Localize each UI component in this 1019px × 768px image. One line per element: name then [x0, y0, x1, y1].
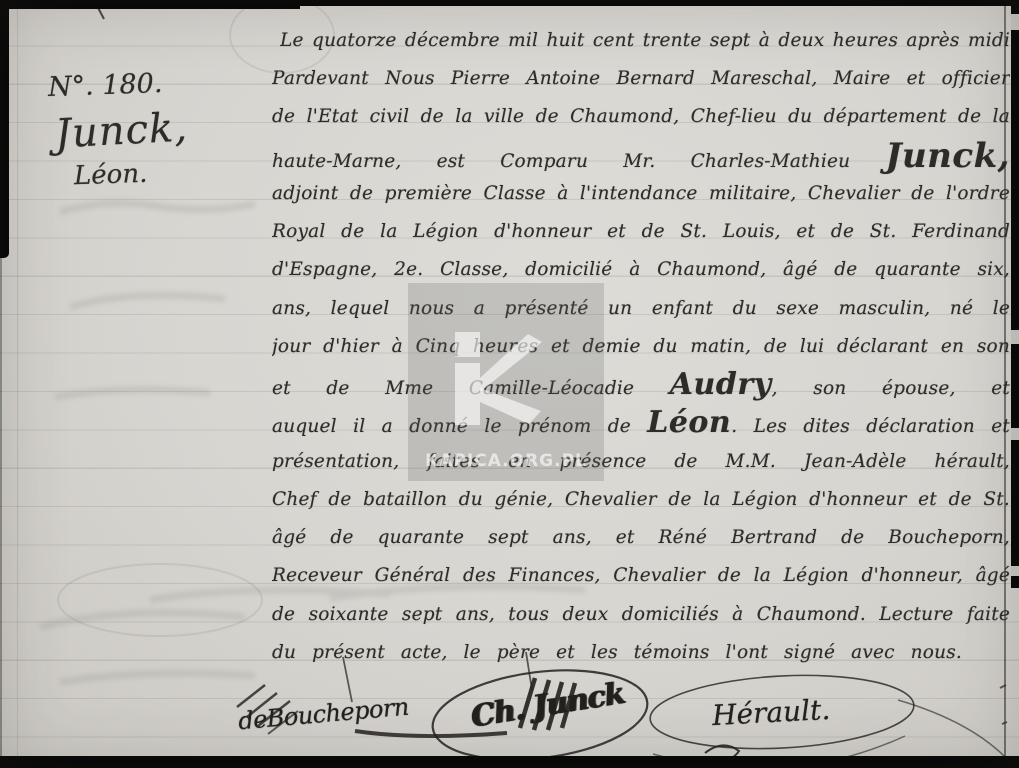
act-line: Le quatorze décembre mil huit cent trent…: [280, 24, 1010, 64]
act-line-text: âgé de quarante sept ans, et Réné Bertra…: [272, 527, 1010, 548]
act-line-text: présentation, faites en présence de M.M.…: [272, 451, 1010, 472]
act-line: Chef de bataillon du génie, Chevalier de…: [272, 483, 1010, 523]
act-line-text: Le quatorze décembre mil huit cent trent…: [280, 30, 1010, 51]
scan-border-bottom: [0, 756, 1019, 768]
act-line-text: jour d'hier à Cinq heures et demie du ma…: [272, 336, 1010, 370]
act-line: adjoint de première Classe à l'intendanc…: [272, 177, 1010, 217]
act-line: auquel il a donné le prénom de Léon. Les…: [272, 406, 1010, 446]
act-line: Royal de la Légion d'honneur et de St. L…: [272, 215, 1010, 255]
act-line: de soixante sept ans, tous deux domicili…: [272, 598, 1010, 638]
act-line: et de Mme Camille-Léocadie Audry, son ép…: [272, 368, 1010, 408]
act-line-text: de l'Etat civil de la ville de Chaumond,…: [272, 106, 1010, 127]
act-line: Pardevant Nous Pierre Antoine Bernard Ma…: [272, 62, 1010, 102]
name-audry-large: Audry: [670, 368, 772, 402]
act-line-text: adjoint de première Classe à l'intendanc…: [272, 183, 1010, 204]
act-line: du présent acte, le père et les témoins …: [272, 636, 962, 676]
act-line-text: Chef de bataillon du génie, Chevalier de…: [272, 489, 1010, 523]
act-line-text: Royal de la Légion d'honneur et de St. L…: [272, 221, 1010, 242]
act-line-text: , son épouse, et: [772, 378, 1010, 399]
scan-border-right: [1011, 0, 1019, 588]
act-line-text: du présent acte, le père et les témoins …: [272, 642, 962, 663]
act-line: de l'Etat civil de la ville de Chaumond,…: [272, 100, 1010, 140]
act-line: jour d'hier à Cinq heures et demie du ma…: [272, 330, 1010, 370]
act-line: ans, lequel nous a présenté un enfant du…: [272, 292, 1010, 332]
name-leon-large: Léon: [647, 406, 731, 440]
margin-surname: Junck,: [54, 105, 189, 158]
page-crease-line: [17, 0, 18, 768]
signature-boucheporn: deBoucheporn: [237, 693, 410, 736]
watermark-box: KAPICA.ORG.PL: [408, 283, 604, 481]
act-line-text: Pardevant Nous Pierre Antoine Bernard Ma…: [272, 68, 1010, 89]
act-line-text: d'Espagne, 2e. Classe, domicilié à Chaum…: [272, 259, 1010, 280]
act-line: haute-Marne, est Comparu Mr. Charles-Mat…: [272, 139, 1010, 179]
document-scan-page: N°. 180. Junck, Léon. Le quatorze décemb…: [0, 0, 1019, 768]
scan-border-top-left: [0, 0, 300, 9]
watermark-k-logo-icon: [455, 332, 545, 425]
scan-border-left-thin: [0, 258, 2, 768]
signature-junck: Ch. Junck: [468, 676, 626, 735]
act-line: d'Espagne, 2e. Classe, domicilié à Chaum…: [272, 253, 1010, 293]
margin-given-name: Léon.: [73, 159, 147, 192]
margin-act-number: N°. 180.: [47, 68, 162, 103]
signature-herault: Hérault.: [711, 693, 831, 732]
act-line-text: de soixante sept ans, tous deux domicili…: [272, 604, 1010, 625]
surname-junck-large: Junck,: [885, 139, 1010, 176]
act-line-text: . Les dites déclaration et: [731, 416, 1010, 437]
act-line: âgé de quarante sept ans, et Réné Bertra…: [272, 521, 1010, 561]
act-line-text: ans, lequel nous a présenté un enfant du…: [272, 298, 1010, 319]
act-line-text: Receveur Général des Finances, Chevalier…: [272, 565, 1010, 586]
scan-border-left: [0, 0, 9, 258]
act-line: Receveur Général des Finances, Chevalier…: [272, 559, 1010, 599]
act-line-text: haute-Marne, est Comparu Mr. Charles-Mat…: [272, 151, 885, 172]
act-line: présentation, faites en présence de M.M.…: [272, 445, 1010, 485]
watermark-site-text: KAPICA.ORG.PL: [425, 451, 587, 471]
page-edge-line: [1004, 0, 1006, 768]
